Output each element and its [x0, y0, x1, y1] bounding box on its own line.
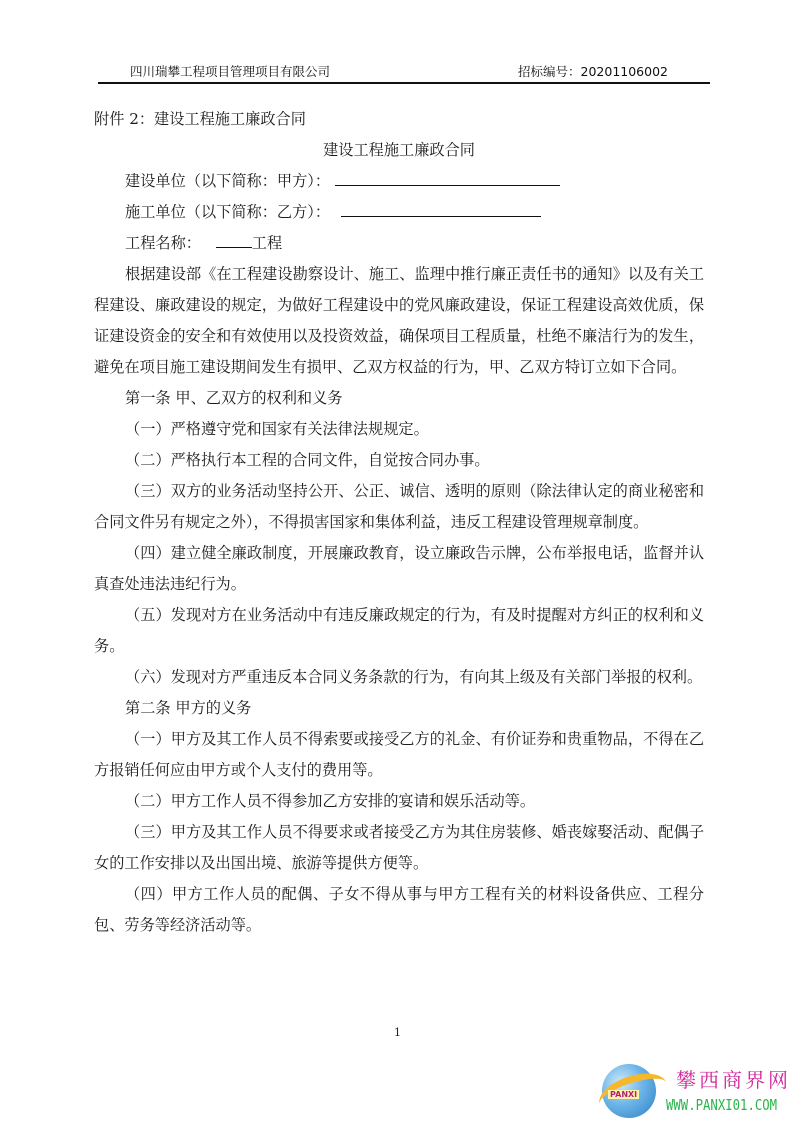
article-2-item: （二）甲方工作人员不得参加乙方安排的宴请和娱乐活动等。: [94, 786, 704, 817]
page-header: 四川瑞攀工程项目管理项目有限公司 招标编号：20201106002: [98, 56, 710, 84]
article-1-heading: 第一条 甲、乙双方的权利和义务: [94, 383, 704, 414]
party-a-label: 建设单位（以下简称：甲方）：: [125, 172, 330, 190]
article-1-item: （二）严格执行本工程的合同文件，自觉按合同办事。: [94, 445, 704, 476]
project-suffix: 工程: [252, 234, 282, 252]
intro-paragraph: 根据建设部《在工程建设勘察设计、施工、监理中推行廉正责任书的通知》以及有关工程建…: [94, 259, 704, 383]
article-2-item: （四）甲方工作人员的配偶、子女不得从事与甲方工程有关的材料设备供应、工程分包、劳…: [94, 879, 704, 941]
party-b-label: 施工单位（以下简称：乙方）：: [125, 203, 330, 221]
article-1-item: （六）发现对方严重违反本合同义务条款的行为，有向其上级及有关部门举报的权利。: [94, 662, 704, 693]
article-2-item: （一）甲方及其工作人员不得索要或接受乙方的礼金、有价证券和贵重物品，不得在乙方报…: [94, 724, 704, 786]
party-a-blank: [335, 171, 560, 186]
watermark-badge: PANXI: [608, 1090, 639, 1099]
article-1-item: （三）双方的业务活动坚持公开、公正、诚信、透明的原则（除法律认定的商业秘密和合同…: [94, 476, 704, 538]
project-label: 工程名称：: [125, 234, 201, 252]
attachment-title: 附件 2：建设工程施工廉政合同: [94, 104, 704, 135]
article-1-item: （五）发现对方在业务活动中有违反廉政规定的行为，有及时提醒对方纠正的权利和义务。: [94, 600, 704, 662]
article-1-item: （一）严格遵守党和国家有关法律法规规定。: [94, 414, 704, 445]
article-1-item: （四）建立健全廉政制度，开展廉政教育，设立廉政告示牌，公布举报电话，监督并认真查…: [94, 538, 704, 600]
project-blank: [216, 233, 252, 248]
article-2-item: （三）甲方及其工作人员不得要求或者接受乙方为其住房装修、婚丧嫁娶活动、配偶子女的…: [94, 817, 704, 879]
party-b-field: 施工单位（以下简称：乙方）：: [94, 197, 704, 228]
article-2-heading: 第二条 甲方的义务: [94, 693, 704, 724]
page-number: 1: [394, 1026, 401, 1039]
watermark-url: WWW.PANXI01.COM: [666, 1096, 777, 1114]
bid-number: 招标编号：20201106002: [518, 62, 668, 80]
project-name-field: 工程名称： 工程: [94, 228, 704, 259]
document-body: 附件 2：建设工程施工廉政合同 建设工程施工廉政合同 建设单位（以下简称：甲方）…: [94, 104, 704, 941]
document-title: 建设工程施工廉政合同: [94, 135, 704, 166]
party-a-field: 建设单位（以下简称：甲方）：: [94, 166, 704, 197]
watermark-title: 攀西商界网: [676, 1064, 791, 1093]
watermark-logo: PANXI 攀西商界网 WWW.PANXI01.COM: [596, 1060, 793, 1122]
company-name: 四川瑞攀工程项目管理项目有限公司: [130, 62, 330, 80]
party-b-blank: [341, 202, 541, 217]
